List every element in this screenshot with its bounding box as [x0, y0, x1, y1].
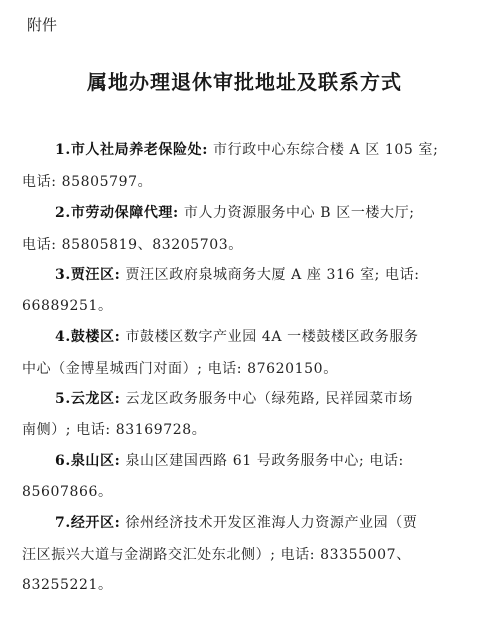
item-6-address: 泉山区建国西路 61 号政务服务中心; 电话: — [120, 453, 403, 469]
item-3-label: 3.贾汪区: — [55, 267, 120, 283]
item-3-address: 贾汪区政府泉城商务大厦 A 座 316 室; 电话: — [120, 267, 419, 283]
item-4-line-2: 中心（金博星城西门对面）; 电话: 87620150。 — [22, 360, 472, 378]
page-title: 属地办理退休审批地址及联系方式 — [0, 66, 489, 95]
item-6-phone: 85607866。 — [22, 483, 472, 501]
item-1-label: 1.市人社局养老保险处: — [55, 142, 208, 158]
item-1-phone: 电话: 85805797。 — [22, 173, 472, 191]
item-6-label: 6.泉山区: — [55, 453, 120, 469]
item-6-line-1: 6.泉山区: 泉山区建国西路 61 号政务服务中心; 电话: — [55, 452, 489, 470]
item-2-address: 市人力资源服务中心 B 区一楼大厅; — [179, 205, 415, 221]
item-4-address: 市鼓楼区数字产业园 4A 一楼鼓楼区政务服务 — [120, 329, 418, 345]
item-4-label: 4.鼓楼区: — [55, 329, 120, 345]
item-5-label: 5.云龙区: — [55, 391, 120, 407]
item-2-label: 2.市劳动保障代理: — [55, 205, 179, 221]
item-3-phone: 66889251。 — [22, 297, 472, 315]
item-3-line-1: 3.贾汪区: 贾汪区政府泉城商务大厦 A 座 316 室; 电话: — [55, 266, 489, 284]
item-7-label: 7.经开区: — [55, 515, 120, 531]
item-7-line-2: 汪区振兴大道与金湖路交汇处东北侧）; 电话: 83355007、 — [22, 546, 472, 564]
item-4-line-1: 4.鼓楼区: 市鼓楼区数字产业园 4A 一楼鼓楼区政务服务 — [55, 328, 489, 346]
item-7-address: 徐州经济技术开发区淮海人力资源产业园（贾 — [120, 515, 417, 531]
item-2-line-1: 2.市劳动保障代理: 市人力资源服务中心 B 区一楼大厅; — [55, 204, 489, 222]
item-5-line-1: 5.云龙区: 云龙区政务服务中心（绿苑路, 民祥园菜市场 — [55, 390, 489, 408]
item-5-address: 云龙区政务服务中心（绿苑路, 民祥园菜市场 — [120, 391, 413, 407]
item-5-line-2: 南侧）; 电话: 83169728。 — [22, 421, 472, 439]
item-2-phone: 电话: 85805819、83205703。 — [22, 236, 472, 254]
item-7-line-1: 7.经开区: 徐州经济技术开发区淮海人力资源产业园（贾 — [55, 514, 489, 532]
attachment-label: 附件 — [27, 14, 57, 35]
item-1-address: 市行政中心东综合楼 A 区 105 室; — [208, 142, 438, 158]
item-1-line-1: 1.市人社局养老保险处: 市行政中心东综合楼 A 区 105 室; — [55, 141, 489, 159]
item-7-line-3: 83255221。 — [22, 576, 472, 594]
